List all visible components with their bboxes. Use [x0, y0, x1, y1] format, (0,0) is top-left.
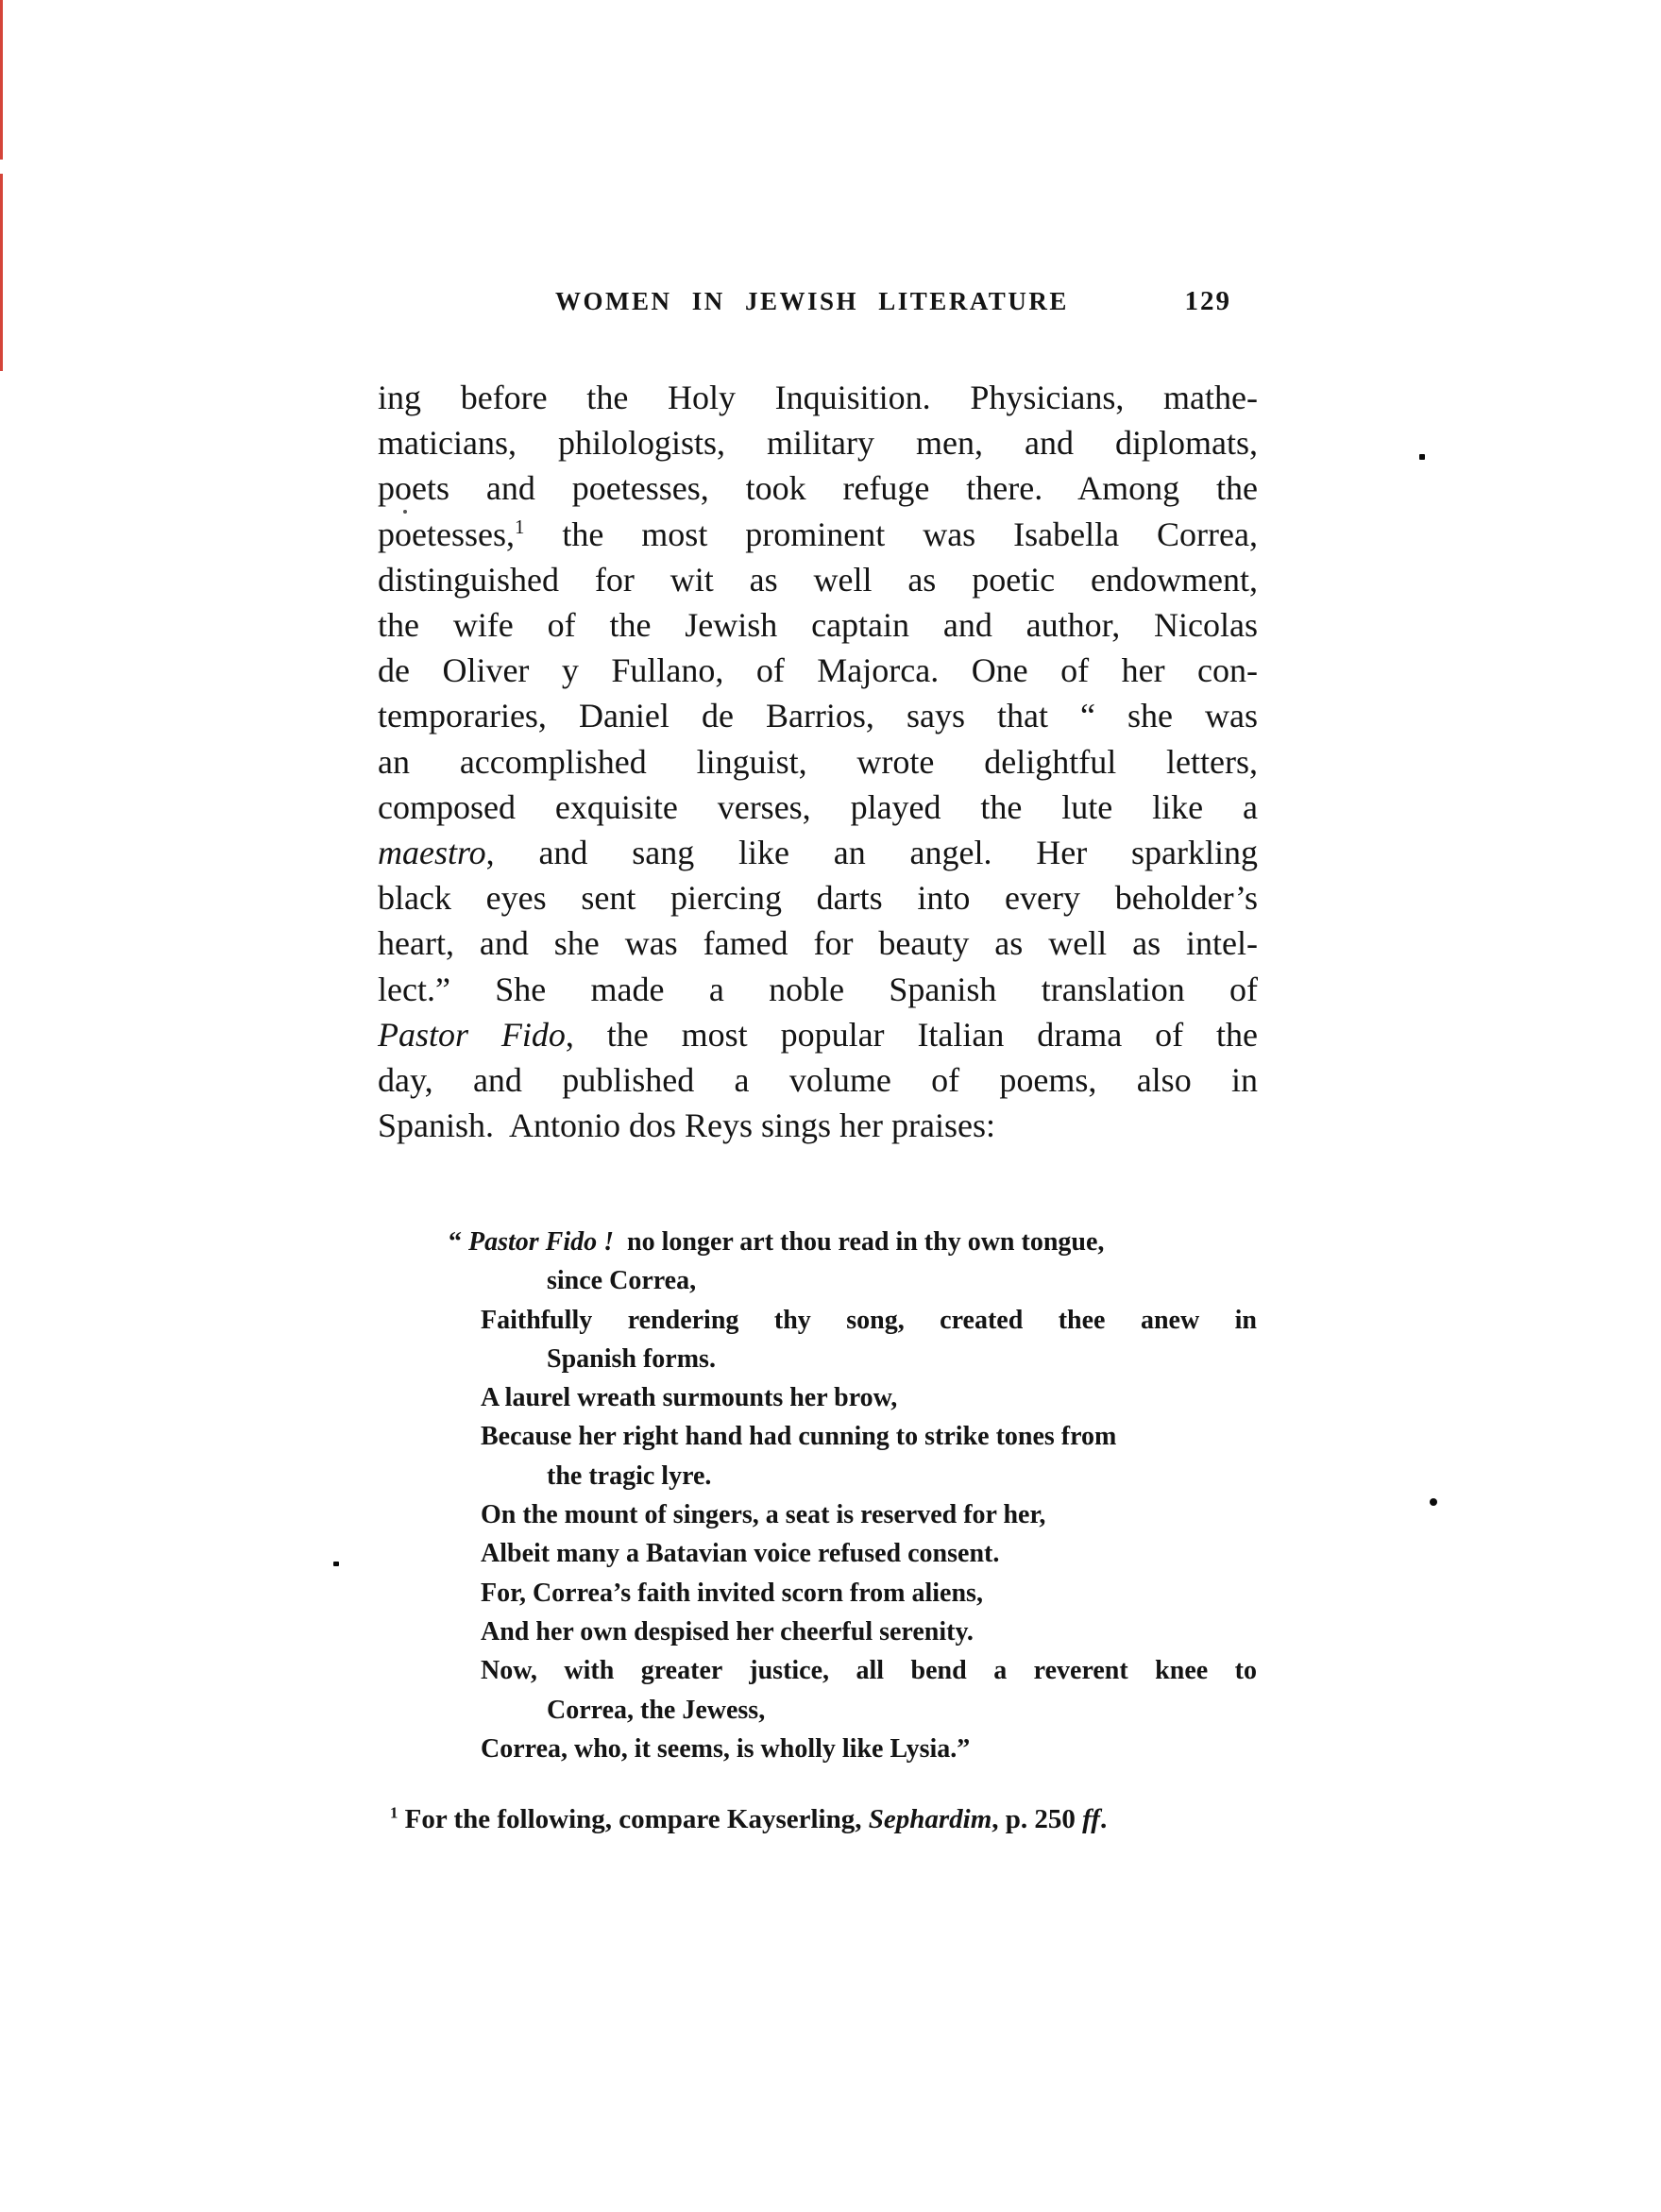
poem-line: And her own despised her cheerful sereni…	[481, 1613, 1257, 1651]
text-line: Pastor Fido, the most popular Italian dr…	[378, 1012, 1258, 1057]
poem-line: A laurel wreath surmounts her brow,	[481, 1378, 1257, 1417]
text-segment: , the most popular Italian drama of the	[566, 1016, 1258, 1054]
text-line: maestro, and sang like an angel. Her spa…	[378, 830, 1258, 875]
text-segment: no longer art thou read in thy own tongu…	[614, 1227, 1104, 1257]
poem-line: Now, with greater justice, all bend a re…	[481, 1651, 1257, 1690]
poem-line: Faithfully rendering thy song, created t…	[481, 1301, 1257, 1340]
text-segment: , p. 250	[992, 1804, 1082, 1834]
italic-term: ff	[1082, 1804, 1100, 1834]
poem-line: Because her right hand had cunning to st…	[481, 1417, 1257, 1456]
text-line: black eyes sent piercing darts into ever…	[378, 875, 1258, 920]
poem-line: Albeit many a Batavian voice refused con…	[481, 1534, 1257, 1573]
text-line: an accomplished linguist, wrote delightf…	[378, 739, 1258, 785]
body-paragraph: ing before the Holy Inquisition. Physici…	[378, 375, 1258, 1148]
poem-line: Correa, who, it seems, is wholly like Ly…	[481, 1730, 1257, 1768]
ink-speck	[333, 1562, 339, 1566]
footnote-reference: 1	[515, 515, 524, 538]
text-line: de Oliver y Fullano, of Majorca. One of …	[378, 648, 1258, 693]
italic-work-title: Pastor Fido !	[468, 1227, 614, 1257]
italic-term: maestro	[378, 834, 486, 871]
poem-quotation: “ Pastor Fido ! no longer art thou read …	[481, 1223, 1257, 1768]
poem-line: “ Pastor Fido ! no longer art thou read …	[449, 1223, 1257, 1261]
scan-edge-mark	[0, 174, 3, 371]
text-line: Spanish. Antonio dos Reys sings her prai…	[378, 1103, 1258, 1148]
text-segment: .	[1100, 1804, 1107, 1834]
text-line: temporaries, Daniel de Barrios, says tha…	[378, 693, 1258, 738]
poem-line: Spanish forms.	[547, 1340, 1257, 1378]
text-line: ing before the Holy Inquisition. Physici…	[378, 375, 1258, 420]
footnote: 1 For the following, compare Kayserling,…	[390, 1804, 1278, 1835]
text-segment: For the following, compare Kayserling,	[398, 1804, 868, 1834]
italic-work-title: Pastor Fido	[378, 1016, 566, 1054]
ink-speck	[1419, 454, 1425, 460]
text-line: composed exquisite verses, played the lu…	[378, 785, 1258, 830]
text-line: the wife of the Jewish captain and autho…	[378, 602, 1258, 648]
text-line: poetesses,1 the most prominent was Isabe…	[378, 512, 1258, 557]
poem-line: since Correa,	[547, 1261, 1257, 1300]
text-segment: “	[449, 1227, 468, 1257]
text-line: lect.” She made a noble Spanish translat…	[378, 967, 1258, 1012]
book-page-scan: WOMEN IN JEWISH LITERATURE 129 ing befor…	[0, 0, 1661, 2212]
text-segment: poetesses,	[378, 515, 515, 553]
scan-edge-mark	[0, 0, 3, 160]
ink-speck	[1430, 1498, 1437, 1506]
italic-work-title: Sephardim	[869, 1804, 992, 1834]
text-line: distinguished for wit as well as poetic …	[378, 557, 1258, 602]
poem-line: On the mount of singers, a seat is reser…	[481, 1495, 1257, 1534]
text-line: day, and published a volume of poems, al…	[378, 1057, 1258, 1103]
text-line: maticians, philologists, military men, a…	[378, 420, 1258, 465]
poem-line: For, Correa’s faith invited scorn from a…	[481, 1574, 1257, 1613]
text-segment: the most prominent was Isabella Correa,	[524, 515, 1258, 553]
text-segment: , and sang like an angel. Her sparkling	[486, 834, 1258, 871]
poem-line: Correa, the Jewess,	[547, 1691, 1257, 1730]
text-line: poets and poetesses, took refuge there. …	[378, 465, 1258, 511]
page-title: WOMEN IN JEWISH LITERATURE	[555, 287, 1069, 316]
running-header: WOMEN IN JEWISH LITERATURE 129	[555, 286, 1231, 317]
page-number: 129	[1185, 286, 1232, 317]
poem-line: the tragic lyre.	[547, 1457, 1257, 1495]
text-line: heart, and she was famed for beauty as w…	[378, 920, 1258, 966]
